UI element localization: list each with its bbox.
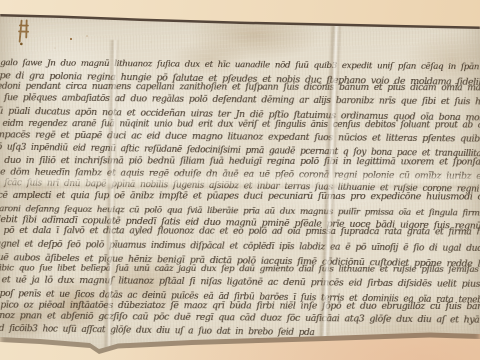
manuscript-line: inſibic quo ſue libet belīepā ſuā unū ca… <box>0 262 480 276</box>
manuscript-photo: nagalo ſawe Jn duo magnū lithuanoz ſuſic… <box>0 0 480 360</box>
ink-specks <box>0 0 2 2</box>
manuscript-text: nagalo ſawe Jn duo magnū lithuanoz ſuſic… <box>0 57 480 335</box>
manuscript-line: ā pō et dala ī ſalvō et dicta ayled flou… <box>0 225 480 239</box>
notary-ink-mark-icon <box>14 17 32 47</box>
parchment-document: nagalo ſawe Jn duo magnū lithuanoz ſuſic… <box>0 0 480 360</box>
manuscript-line: ducē amplecti et quia ſup oē ānibz impſt… <box>0 190 480 204</box>
